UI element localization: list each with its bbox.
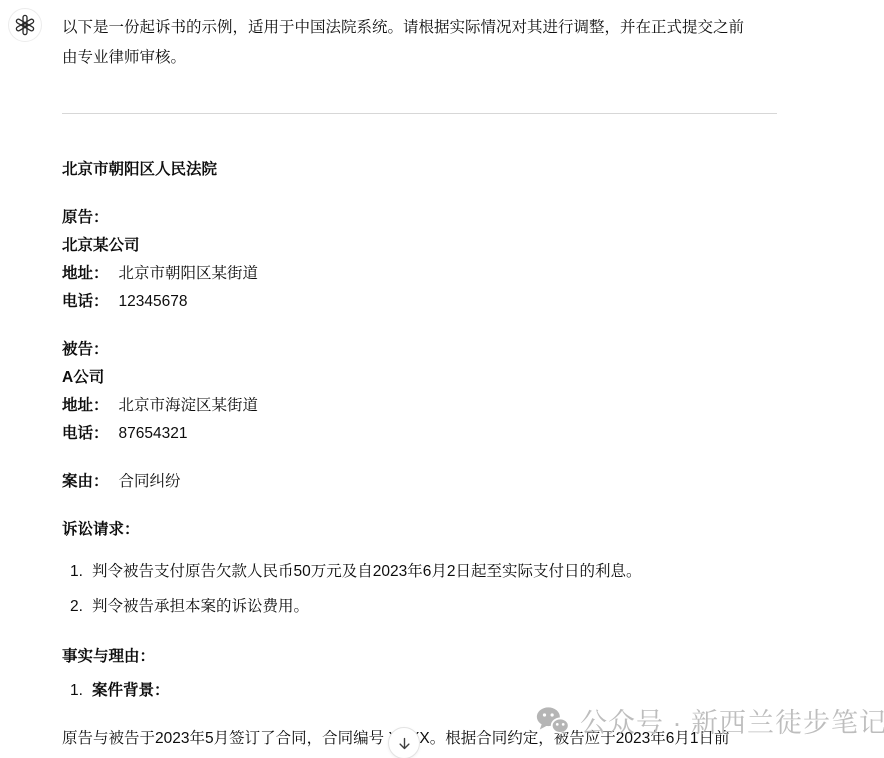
facts-heading: 事实与理由： [62, 643, 777, 671]
court-name: 北京市朝阳区人民法院 [62, 156, 777, 184]
cause-line: 案由：合同纠纷 [62, 468, 777, 496]
plaintiff-name: 北京某公司 [62, 232, 777, 260]
claim-number: 1. [70, 558, 92, 586]
claim-item: 1. 判令被告支付原告欠款人民币50万元及自2023年6月2日起至实际支付日的利… [62, 558, 777, 586]
cause-block: 案由：合同纠纷 [62, 468, 777, 496]
assistant-message: 以下是一份起诉书的示例，适用于中国法院系统。请根据实际情况对其进行调整，并在正式… [0, 0, 884, 753]
section-divider [62, 113, 777, 114]
cause-value: 合同纠纷 [119, 473, 181, 490]
message-content: 以下是一份起诉书的示例，适用于中国法院系统。请根据实际情况对其进行调整，并在正式… [62, 8, 777, 753]
defendant-label: 被告： [62, 336, 777, 364]
plaintiff-phone-label: 电话： [62, 293, 109, 310]
plaintiff-address-value: 北京市朝阳区某街道 [119, 265, 259, 282]
assistant-avatar [8, 8, 42, 42]
defendant-address-value: 北京市海淀区某街道 [119, 397, 259, 414]
wechat-icon [536, 706, 570, 736]
claim-text: 判令被告承担本案的诉讼费用。 [92, 593, 777, 621]
claim-text: 判令被告支付原告欠款人民币50万元及自2023年6月2日起至实际支付日的利息。 [92, 558, 777, 586]
defendant-phone-line: 电话：87654321 [62, 420, 777, 448]
plaintiff-label: 原告： [62, 204, 777, 232]
claim-number: 2. [70, 593, 92, 621]
arrow-down-icon [397, 736, 412, 751]
plaintiff-phone-value: 12345678 [119, 293, 188, 310]
defendant-phone-value: 87654321 [119, 425, 188, 442]
claims-list: 1. 判令被告支付原告欠款人民币50万元及自2023年6月2日起至实际支付日的利… [62, 558, 777, 621]
defendant-block: 被告： A公司 地址：北京市海淀区某街道 电话：87654321 [62, 336, 777, 448]
scroll-to-bottom-button[interactable] [388, 727, 420, 758]
defendant-address-line: 地址：北京市海淀区某街道 [62, 392, 777, 420]
chat-page: 以下是一份起诉书的示例，适用于中国法院系统。请根据实际情况对其进行调整，并在正式… [0, 0, 884, 758]
watermark: 公众号 · 新西兰徒步笔记 [536, 701, 884, 740]
intro-line-2: 由专业律师审核。 [62, 43, 777, 73]
watermark-text: 公众号 · 新西兰徒步笔记 [580, 701, 884, 740]
facts-item-number: 1. [70, 677, 92, 705]
claims-heading: 诉讼请求： [62, 516, 777, 544]
plaintiff-block: 原告： 北京某公司 地址：北京市朝阳区某街道 电话：12345678 [62, 204, 777, 316]
claim-item: 2. 判令被告承担本案的诉讼费用。 [62, 593, 777, 621]
intro-paragraph: 以下是一份起诉书的示例，适用于中国法院系统。请根据实际情况对其进行调整，并在正式… [62, 8, 777, 73]
openai-logo-icon [14, 14, 36, 36]
plaintiff-address-label: 地址： [62, 265, 109, 282]
plaintiff-phone-line: 电话：12345678 [62, 288, 777, 316]
plaintiff-address-line: 地址：北京市朝阳区某街道 [62, 260, 777, 288]
intro-line-1: 以下是一份起诉书的示例，适用于中国法院系统。请根据实际情况对其进行调整，并在正式… [62, 13, 777, 43]
defendant-address-label: 地址： [62, 397, 109, 414]
defendant-phone-label: 电话： [62, 425, 109, 442]
defendant-name: A公司 [62, 364, 777, 392]
cause-label: 案由： [62, 473, 109, 490]
